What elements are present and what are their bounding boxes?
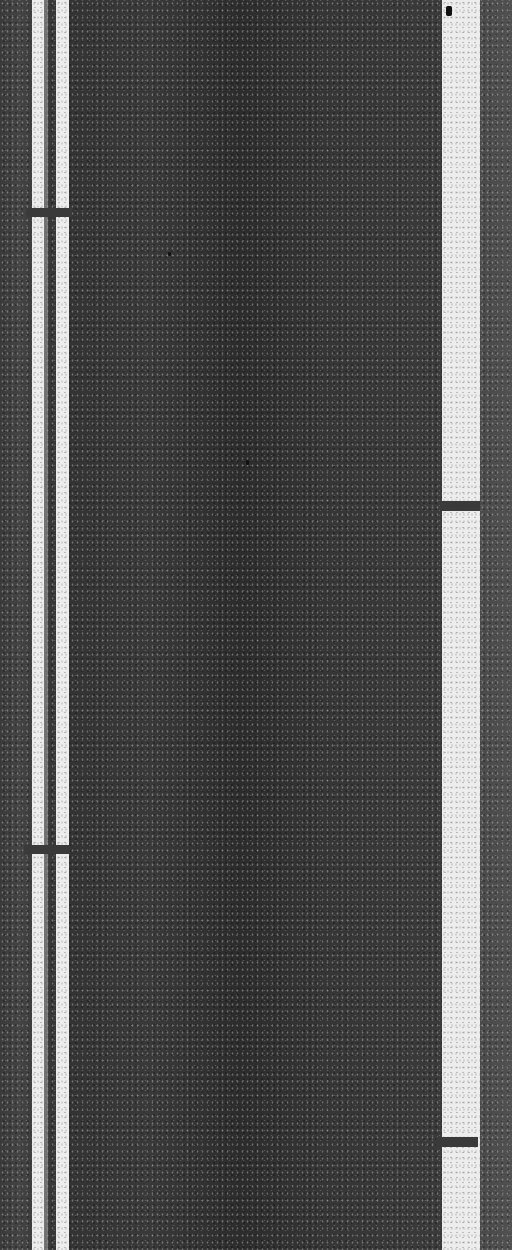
left-marking-joint: [26, 208, 72, 217]
right-edge-marking: [442, 0, 480, 1250]
road-photo: [0, 0, 512, 1250]
debris-speck: [168, 252, 171, 256]
debris-speck: [446, 6, 452, 16]
left-lane-marking-inner: [32, 0, 44, 1250]
right-marking-joint: [436, 1137, 478, 1147]
asphalt-texture: [0, 0, 512, 1250]
right-marking-joint: [440, 501, 480, 511]
debris-speck: [246, 460, 249, 465]
left-lane-marking-outer: [56, 0, 69, 1250]
left-lane-shadow: [44, 0, 48, 1250]
left-marking-joint: [24, 845, 70, 854]
